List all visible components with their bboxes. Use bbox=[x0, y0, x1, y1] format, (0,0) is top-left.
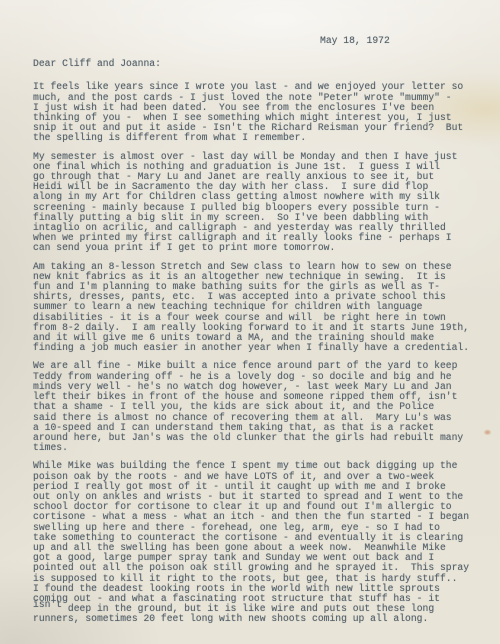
paper-stain bbox=[484, 429, 491, 435]
letter-paragraph-1: It feels like years since I wrote you la… bbox=[33, 82, 482, 143]
letter-paragraph-2: My semester is almost over - last day wi… bbox=[33, 152, 482, 254]
paragraph-text: deep in the ground, but it is like wire … bbox=[33, 603, 434, 624]
letter-date: May 18, 1972 bbox=[320, 36, 482, 46]
letter-paragraph-3: Am taking an 8-lesson Stretch and Sew cl… bbox=[33, 262, 482, 354]
letter-paragraph-5: While Mike was building the fence I spen… bbox=[33, 461, 482, 624]
letter-salutation: Dear Cliff and Joanna: bbox=[33, 59, 482, 69]
overstruck-word: isn't bbox=[33, 599, 62, 610]
letter-paragraph-4: We are all fine - Mike built a nice fenc… bbox=[33, 361, 482, 453]
paragraph-text: While Mike was building the fence I spen… bbox=[33, 460, 469, 604]
letter-page: May 18, 1972 Dear Cliff and Joanna: It f… bbox=[0, 0, 500, 644]
